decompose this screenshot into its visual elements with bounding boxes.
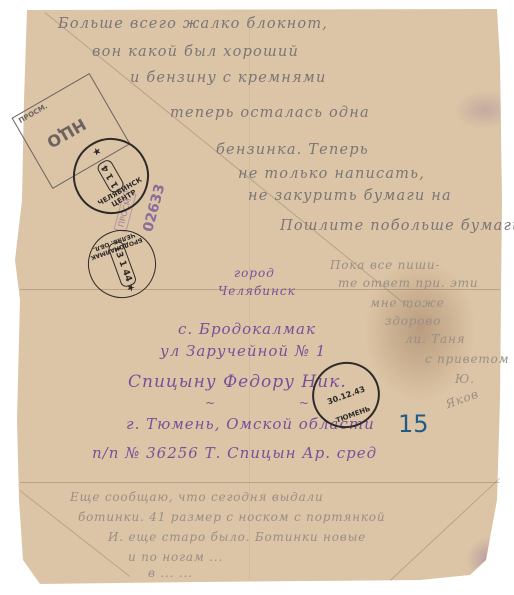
letter-bottom-line: ботинки. 41 размер с носком с портянкой (78, 510, 385, 524)
letter-line: здорово (385, 314, 441, 328)
letter-bottom-line: И. еще старо было. Ботинки новые (108, 530, 366, 544)
fold-line-horizontal-lower (20, 482, 500, 483)
letter-bottom-line: Еще сообщаю, что сегодня выдали (70, 490, 324, 504)
letter-line: ли. Таня (405, 332, 465, 346)
star-icon: ★ (91, 145, 104, 159)
letter-line: и бензину с кремнями (130, 70, 327, 86)
letter-line: теперь осталась одна (170, 105, 370, 121)
address-line-2: ул Заручейной № 1 (160, 342, 326, 360)
letter-line: бензинка. Теперь (216, 142, 369, 158)
letter-line: не только написать, (238, 166, 425, 182)
letter-line: мне тоже (370, 296, 445, 310)
letter-line: вон какой был хороший (92, 44, 299, 60)
letter-line: с приветом (425, 352, 509, 366)
letter-line: Ю. (455, 372, 475, 386)
censor-stamp-top-text: ПРОСМ. (17, 102, 48, 125)
letter-line: те ответ при. эти (338, 276, 478, 290)
address-to-label: город (234, 266, 275, 280)
letter-bottom-line: в ... ... (148, 566, 193, 580)
annotation-number: 15 (398, 410, 429, 438)
letter-line: не закурить бумаги на (248, 188, 452, 204)
address-line-1: с. Бродокалмак (178, 320, 316, 338)
letter-bottom-line: и по ногам ... (128, 550, 223, 564)
address-to-city: Челябинск (218, 284, 296, 298)
letter-line: Пошлите побольше бумаги. (280, 218, 514, 234)
return-address-line-2: п/п № 36256 Т. Спицын Ар. сред (92, 444, 377, 462)
postmark-date: 30.12.43 (322, 381, 369, 409)
letter-line: Пока все пиши- (330, 258, 440, 272)
censor-stamp-label: НЦО (43, 114, 89, 151)
letter-line: Больше всего жалко блокнот, (58, 16, 328, 32)
